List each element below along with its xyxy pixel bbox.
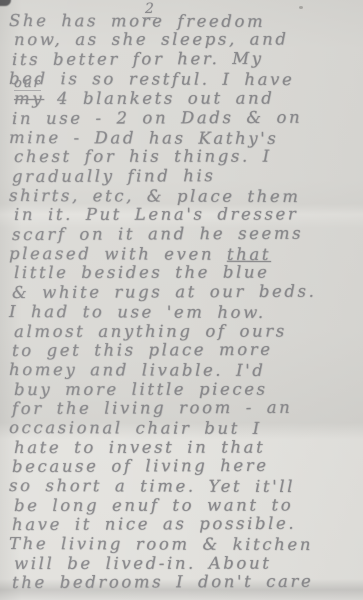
scanned-letter-page: 2 She has more freedomnow, as she sleeps… [0, 0, 363, 600]
letter-line: scarf on it and he seems [12, 223, 361, 244]
letter-text: so short a time. Yet it'll [9, 476, 295, 496]
letter-line: have it nice as possible. [12, 513, 361, 534]
letter-line: almost anything of ours [14, 321, 361, 341]
letter-text: for the living room - an [12, 398, 292, 418]
letter-body: She has more freedomnow, as she sleeps, … [9, 11, 361, 592]
letter-text: chest for his things. I [14, 147, 272, 166]
letter-line: gradually find his [12, 165, 361, 186]
letter-line: its better for her. My [12, 48, 361, 69]
letter-text: because of living here [12, 456, 269, 476]
letter-text: occasional chair but I [9, 418, 262, 438]
scan-artifact-corner [0, 0, 11, 6]
letter-line: homey and livable. I'd [9, 360, 361, 381]
letter-text: have it nice as possible. [12, 514, 296, 534]
letter-line: The living room & kitchen [9, 534, 361, 555]
letter-text: scarf on it and he seems [12, 224, 303, 244]
letter-text: The living room & kitchen [9, 534, 313, 554]
letter-text: its better for her. My [12, 49, 264, 69]
letter-line: little besides the blue [14, 263, 361, 283]
letter-line: I had to use 'em how. [9, 302, 361, 323]
letter-text: mine - Dad has Kathy's [9, 128, 278, 148]
letter-line: She has more freedom [9, 11, 361, 32]
letter-text: will be lived-in. About [14, 553, 271, 572]
letter-text: to get this place more [12, 340, 273, 360]
letter-text: almost anything of ours [14, 321, 287, 340]
letter-text: homey and livable. I'd [9, 360, 266, 380]
letter-line: for the living room - an [12, 397, 361, 418]
correction: ourmy [14, 89, 44, 108]
letter-text: gradually find his [12, 166, 216, 186]
letter-text: shirts, etc, & place them [9, 186, 301, 206]
letter-text: hate to invest in that [14, 437, 265, 456]
letter-text: now, as she sleeps, and [14, 30, 289, 49]
letter-line: so short a time. Yet it'll [9, 476, 361, 497]
letter-line: chest for his things. I [14, 147, 361, 167]
letter-text: I had to use 'em how. [9, 302, 266, 322]
letter-line: now, as she sleeps, and [14, 30, 361, 50]
letter-line: occasional chair but I [9, 418, 361, 439]
letter-line: & white rugs at our beds. [12, 281, 361, 302]
letter-line: to get this place more [12, 339, 361, 360]
letter-word-struck: my [14, 89, 44, 108]
letter-text: bed is so restful. I have [9, 69, 294, 89]
letter-line: ourmy 4 blankets out and [14, 89, 361, 109]
letter-line: bed is so restful. I have [9, 69, 361, 90]
letter-text: in it. Put Lena's dresser [14, 205, 298, 224]
letter-text: pleased with even [9, 244, 227, 264]
letter-text: She has more freedom [9, 11, 265, 31]
scan-artifact-speck [299, 6, 303, 9]
letter-text: buy more little pieces [14, 379, 268, 398]
letter-line: in it. Put Lena's dresser [14, 205, 361, 225]
letter-line: in use - 2 on Dads & on [12, 107, 361, 128]
letter-word-underline: that [227, 245, 271, 264]
letter-line: be long enuf to want to [14, 495, 361, 515]
letter-text: little besides the blue [14, 263, 270, 282]
letter-text: in use - 2 on Dads & on [12, 107, 302, 127]
letter-line: because of living here [12, 455, 361, 476]
letter-text: be long enuf to want to [14, 495, 293, 514]
letter-line: hate to invest in that [14, 437, 361, 457]
letter-line: buy more little pieces [14, 379, 361, 399]
letter-line: will be lived-in. About [14, 553, 361, 573]
inserted-word: our [14, 78, 41, 91]
letter-text: the bedrooms I don't care [12, 572, 313, 592]
letter-text: & white rugs at our beds. [12, 281, 316, 301]
letter-text: 4 blankets out and [44, 89, 274, 108]
letter-line: the bedrooms I don't care [12, 571, 361, 592]
